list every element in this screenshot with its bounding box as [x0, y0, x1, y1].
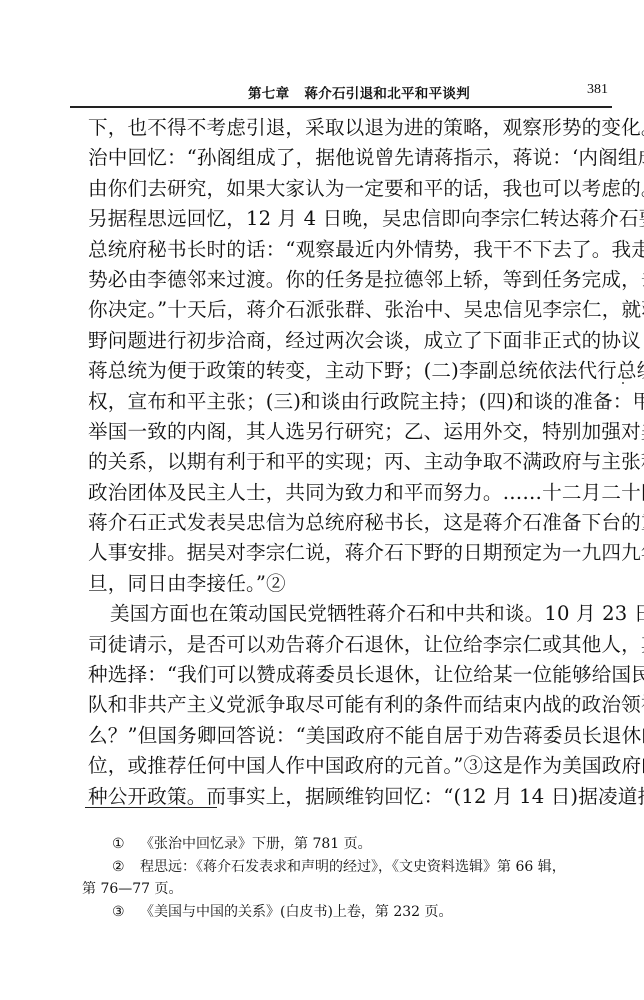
text-line: 队和非共产主义党派争取尽可能有利的条件而结束内战的政治领袖 [88, 690, 616, 720]
footnote-text: 程思远：《蒋介石发表求和声明的经过》，《文史资料选辑》第 66 辑， [140, 859, 566, 875]
header-rule [70, 106, 612, 108]
scan-speck [622, 382, 624, 384]
text-line: 位，或推荐任何中国人作中国政府的元首。”③这是作为美国政府的一 [88, 751, 616, 781]
text-line: 司徒请示，是否可以劝告蒋介石退休，让位给李宗仁或其他人，其中一 [88, 630, 616, 660]
footnote-text: 《张治中回忆录》下册，第 781 页。 [140, 836, 372, 852]
footnotes: ①《张治中回忆录》下册，第 781 页。 ②程思远：《蒋介石发表求和声明的经过》… [82, 833, 622, 923]
text-line: 由你们去研究，如果大家认为一定要和平的话，我也可以考虑的。’”① [88, 174, 616, 204]
text-line: 么？”但国务卿回答说：“美国政府不能自居于劝告蒋委员长退休的地 [88, 721, 616, 751]
footnote-rule [85, 807, 217, 808]
footnote-marker: ① [112, 833, 140, 856]
text-line: 蒋介石正式发表吴忠信为总统府秘书长，这是蒋介石准备下台的重要 [88, 508, 616, 538]
text-line: 势必由李德邻来过渡。你的任务是拉德邻上轿，等到任务完成，去留由 [88, 265, 616, 295]
page-number: 381 [587, 82, 608, 98]
footnote-marker: ③ [112, 901, 140, 924]
footnote-3: ③《美国与中国的关系》(白皮书)上卷，第 232 页。 [82, 901, 622, 924]
footnote-marker: ② [112, 856, 140, 879]
page-header: 第七章 蒋介石引退和北平和平谈判 381 [70, 78, 612, 106]
text-line: 举国一致的内阁，其人选另行研究；乙、运用外交，特别加强对美、英、苏 [88, 417, 616, 447]
text-line: 政治团体及民主人士，共同为致力和平而努力。……十二月二十四日， [88, 478, 616, 508]
text-line: 人事安排。据吴对李宗仁说，蒋介石下野的日期预定为一九四九年元 [88, 538, 616, 568]
text-line: 权，宣布和平主张；(三)和谈由行政院主持；(四)和谈的准备：甲、组织 [88, 387, 616, 417]
text-line: 下，也不得不考虑引退，采取以退为进的策略，观察形势的变化。据张 [88, 113, 616, 143]
text-line: 治中回忆：“孙阁组成了，据他说曾先请蒋指示，蒋说：‘内阁组成之后， [88, 143, 616, 173]
running-title: 第七章 蒋介石引退和北平和平谈判 [248, 82, 470, 102]
footnote-2: ②程思远：《蒋介石发表求和声明的经过》，《文史资料选辑》第 66 辑， [82, 856, 622, 879]
paragraph-start-line: 美国方面也在策动国民党牺牲蒋介石和中共和谈。10 月 23 日， [88, 599, 616, 629]
body-text: 下，也不得不考虑引退，采取以退为进的策略，观察形势的变化。据张 治中回忆：“孙阁… [88, 113, 616, 812]
text-line: 你决定。”十天后，蒋介石派张群、张治中、吴忠信见李宗仁，就蒋介石下 [88, 295, 616, 325]
text-line: 另据程思远回忆，12 月 4 日晚，吴忠信即向李宗仁转达蒋介石要吴任 [88, 204, 616, 234]
footnote-text: 《美国与中国的关系》(白皮书)上卷，第 232 页。 [140, 904, 453, 920]
footnote-1: ①《张治中回忆录》下册，第 781 页。 [82, 833, 622, 856]
text-line: 旦，同日由李接任。”② [88, 569, 616, 599]
text-line: 种选择：“我们可以赞成蒋委员长退休，让位给某一位能够给国民党军 [88, 660, 616, 690]
text-line: 总统府秘书长时的话：“观察最近内外情势，我干不下去了。我走开后， [88, 235, 616, 265]
footnote-2-continuation: 第 76—77 页。 [82, 878, 622, 901]
text-line: 野问题进行初步洽商，经过两次会谈，成立了下面非正式的协议：“(一) [88, 326, 616, 356]
text-line: 蒋总统为便于政策的转变，主动下野；(二)李副总统依法代行总统职 [88, 356, 616, 386]
text-line: 的关系，以期有利于和平的实现；丙、主动争取不满政府与主张和平的 [88, 447, 616, 477]
